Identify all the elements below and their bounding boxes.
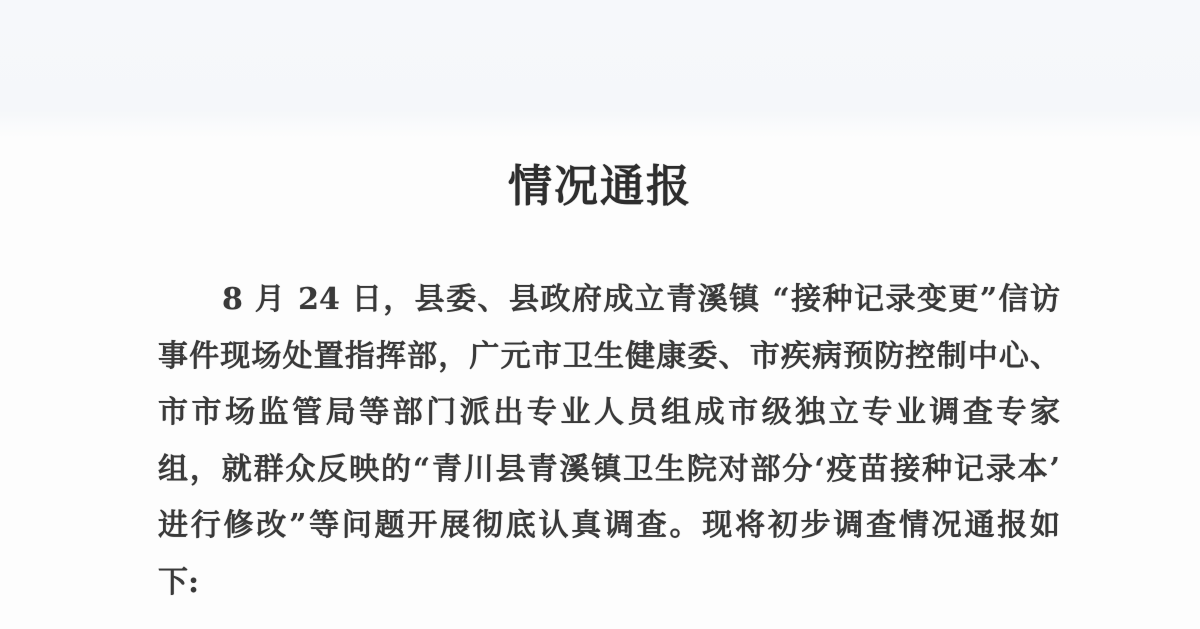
document-title: 情况通报: [0, 163, 1200, 211]
top-band: [0, 0, 1200, 138]
paragraph-line-5: 进行修改”等问题开展彻底认真调查。现将初步调查情况通报如: [158, 498, 1060, 555]
document-page: 情况通报 8 月 24 日，县委、县政府成立青溪镇 “接种记录变更”信访 事件现…: [0, 0, 1200, 629]
paragraph-line-2: 事件现场处置指挥部，广元市卫生健康委、市疾病预防控制中心、: [158, 329, 1060, 386]
document-paragraph: 8 月 24 日，县委、县政府成立青溪镇 “接种记录变更”信访 事件现场处置指挥…: [158, 272, 1060, 611]
paragraph-line-1: 8 月 24 日，县委、县政府成立青溪镇 “接种记录变更”信访: [158, 272, 1060, 329]
paragraph-line-4: 组，就群众反映的“青川县青溪镇卫生院对部分‘疫苗接种记录本’: [158, 442, 1060, 499]
paragraph-line-6: 下:: [158, 555, 1060, 612]
paragraph-line-3: 市市场监管局等部门派出专业人员组成市级独立专业调查专家: [158, 385, 1060, 442]
